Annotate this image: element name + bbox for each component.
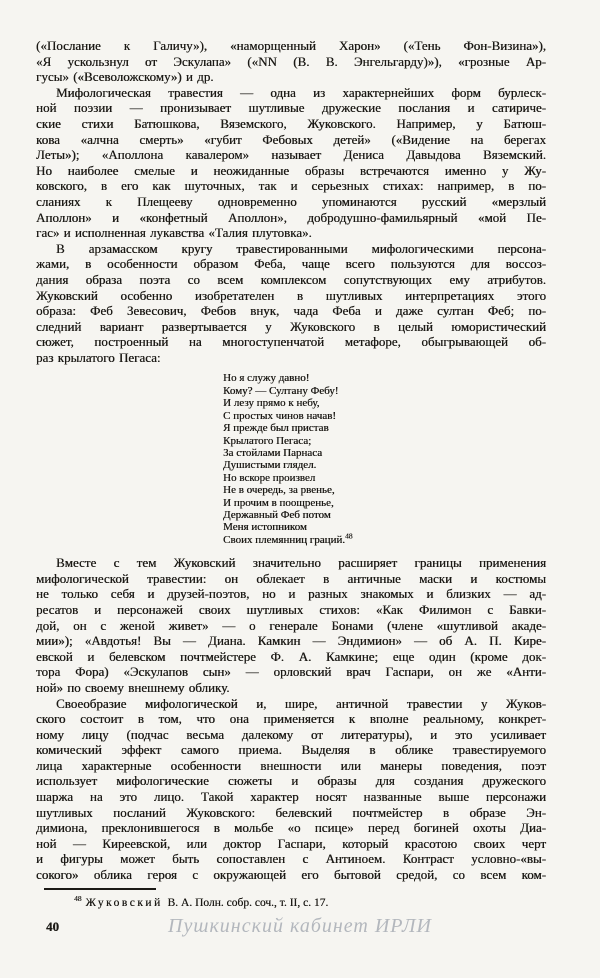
text-line: Своеобразие мифологической и, шире, анти… xyxy=(36,696,546,712)
text-line: использует мифологические сюжеты и образ… xyxy=(36,773,546,789)
text-line: шутливых посланий Жуковского: белевский … xyxy=(36,805,546,821)
text-line: «Я ускользнул от Эскулапа» («NN (В. В. Э… xyxy=(36,54,546,70)
text-line: димиона, преклонившегося в мольбе «о пси… xyxy=(36,820,546,836)
text-line: ковского, в его как шуточных, так и серь… xyxy=(36,178,546,194)
text-line: не только себя и друзей-поэтов, но и раз… xyxy=(36,586,546,602)
text-line: сокого» облика героя с окружающей его бы… xyxy=(36,867,546,883)
paragraph: Вместе с тем Жуковский значительно расши… xyxy=(36,555,546,695)
footnote-author: Жуковский xyxy=(86,897,163,909)
text-line: В арзамасском кругу травестированными ми… xyxy=(36,241,546,257)
verse-line: Но я служу давно! xyxy=(223,372,546,384)
paragraphs-bottom: Вместе с тем Жуковский значительно расши… xyxy=(36,555,546,882)
text-line: Но наиболее смелые и неожиданные образы … xyxy=(36,163,546,179)
text-line: комический эффект самого приема. Выделяя… xyxy=(36,742,546,758)
verse-line: Душистыми глядел. xyxy=(223,459,546,471)
text-line: ной поэзии — пронизывает шутливые дружес… xyxy=(36,100,546,116)
verse-line: Меня истопником xyxy=(223,521,546,533)
text-line: дой, он с женой живет» — о генерале Бона… xyxy=(36,618,546,634)
text-line: ной — Киреевской, или доктор Гаспари, ко… xyxy=(36,836,546,852)
page-text-column: («Послание к Галичу»), «наморщенный Харо… xyxy=(36,38,546,910)
text-line: ресатов и персонажей своих шутливых стих… xyxy=(36,602,546,618)
text-line: сланиях к Плещееву одновременно упоминаю… xyxy=(36,194,546,210)
verse-line: И лезу прямо к небу, xyxy=(223,397,546,409)
text-line: лица характерные особенности внешности и… xyxy=(36,758,546,774)
text-line: раз крылатого Пегаса: xyxy=(36,350,546,366)
text-line: Аполлон» и «конфетный Аполлон», добродуш… xyxy=(36,210,546,226)
footnote: 48Жуковский В. А. Полн. собр. соч., т. I… xyxy=(36,896,546,910)
text-line: жами, в особенности образом Феба, чаще в… xyxy=(36,256,546,272)
verse-line: С простых чинов начав! xyxy=(223,410,546,422)
verse-line: Крылатого Пегаса; xyxy=(223,435,546,447)
text-line: образа: Феб Зевесович, Фебов внук, чада … xyxy=(36,303,546,319)
text-line: Леты»); «Аполлона кавалером» называет Де… xyxy=(36,147,546,163)
footnote-separator xyxy=(44,888,156,890)
text-line: дания образа поэта со всем комплексом со… xyxy=(36,272,546,288)
verse-line: За стойлами Парнаса xyxy=(223,447,546,459)
text-line: шаржа на это лицо. Такой характер носят … xyxy=(36,789,546,805)
text-line: гас» и исполненная лукавства «Талия плут… xyxy=(36,225,546,241)
text-line: ские стихи Батюшкова, Вяземского, Жуковс… xyxy=(36,116,546,132)
text-line: ному лицу (подчас весьма далекому от лит… xyxy=(36,727,546,743)
text-line: гусы» («Всеволожскому») и др. xyxy=(36,69,546,85)
verse-quote: Но я служу давно!Кому? — Султану Фебу!И … xyxy=(223,372,546,546)
paragraph: Мифологическая травестия — одна из харак… xyxy=(36,85,546,241)
paragraph: В арзамасском кругу травестированными ми… xyxy=(36,241,546,366)
text-line: и фигуры может быть сопоставлен с Антино… xyxy=(36,851,546,867)
text-line: евской и белевском почтмейстере Ф. А. Ка… xyxy=(36,649,546,665)
verse-line: Своих племянниц граций.48 xyxy=(223,534,546,546)
text-line: Вместе с тем Жуковский значительно расши… xyxy=(36,555,546,571)
superscript-note-ref: 48 xyxy=(345,531,353,540)
watermark-text: Пушкинский кабинет ИРЛИ xyxy=(0,915,600,938)
verse-line: Не в очередь, за рвенье, xyxy=(223,484,546,496)
book-page: («Послание к Галичу»), «наморщенный Харо… xyxy=(0,0,600,978)
text-line: мии»); «Авдотья! Вы — Диана. Камкин — Эн… xyxy=(36,633,546,649)
text-line: Жуковский особенно изобретателен в шутли… xyxy=(36,288,546,304)
text-line: следний вариант развертывается у Жуковск… xyxy=(36,319,546,335)
text-line: тора Фора) «Эскулапов сын» — орловский в… xyxy=(36,664,546,680)
paragraph: Своеобразие мифологической и, шире, анти… xyxy=(36,696,546,883)
text-line: мифологической травестии: он облекает в … xyxy=(36,571,546,587)
text-line: Мифологическая травестия — одна из харак… xyxy=(36,85,546,101)
text-line: сюжет, построенный на многоступенчатой м… xyxy=(36,334,546,350)
text-line: кова «алчна смерть» «губит Фебовых детей… xyxy=(36,132,546,148)
paragraph: («Послание к Галичу»), «наморщенный Харо… xyxy=(36,38,546,85)
footnote-body: В. А. Полн. собр. соч., т. II, с. 17. xyxy=(167,897,328,909)
text-line: ной» по своему внешнему облику. xyxy=(36,680,546,696)
verse-line: Но вскоре произвел xyxy=(223,472,546,484)
verse-line: Я прежде был пристав xyxy=(223,422,546,434)
text-line: ского состоит в том, что она применяется… xyxy=(36,711,546,727)
footnote-marker: 48 xyxy=(74,894,82,903)
verse-line: Кому? — Султану Фебу! xyxy=(223,385,546,397)
paragraphs-top: («Послание к Галичу»), «наморщенный Харо… xyxy=(36,38,546,365)
text-line: («Послание к Галичу»), «наморщенный Харо… xyxy=(36,38,546,54)
verse-line: И прочим в поощренье, xyxy=(223,497,546,509)
verse-line: Державный Феб потом xyxy=(223,509,546,521)
